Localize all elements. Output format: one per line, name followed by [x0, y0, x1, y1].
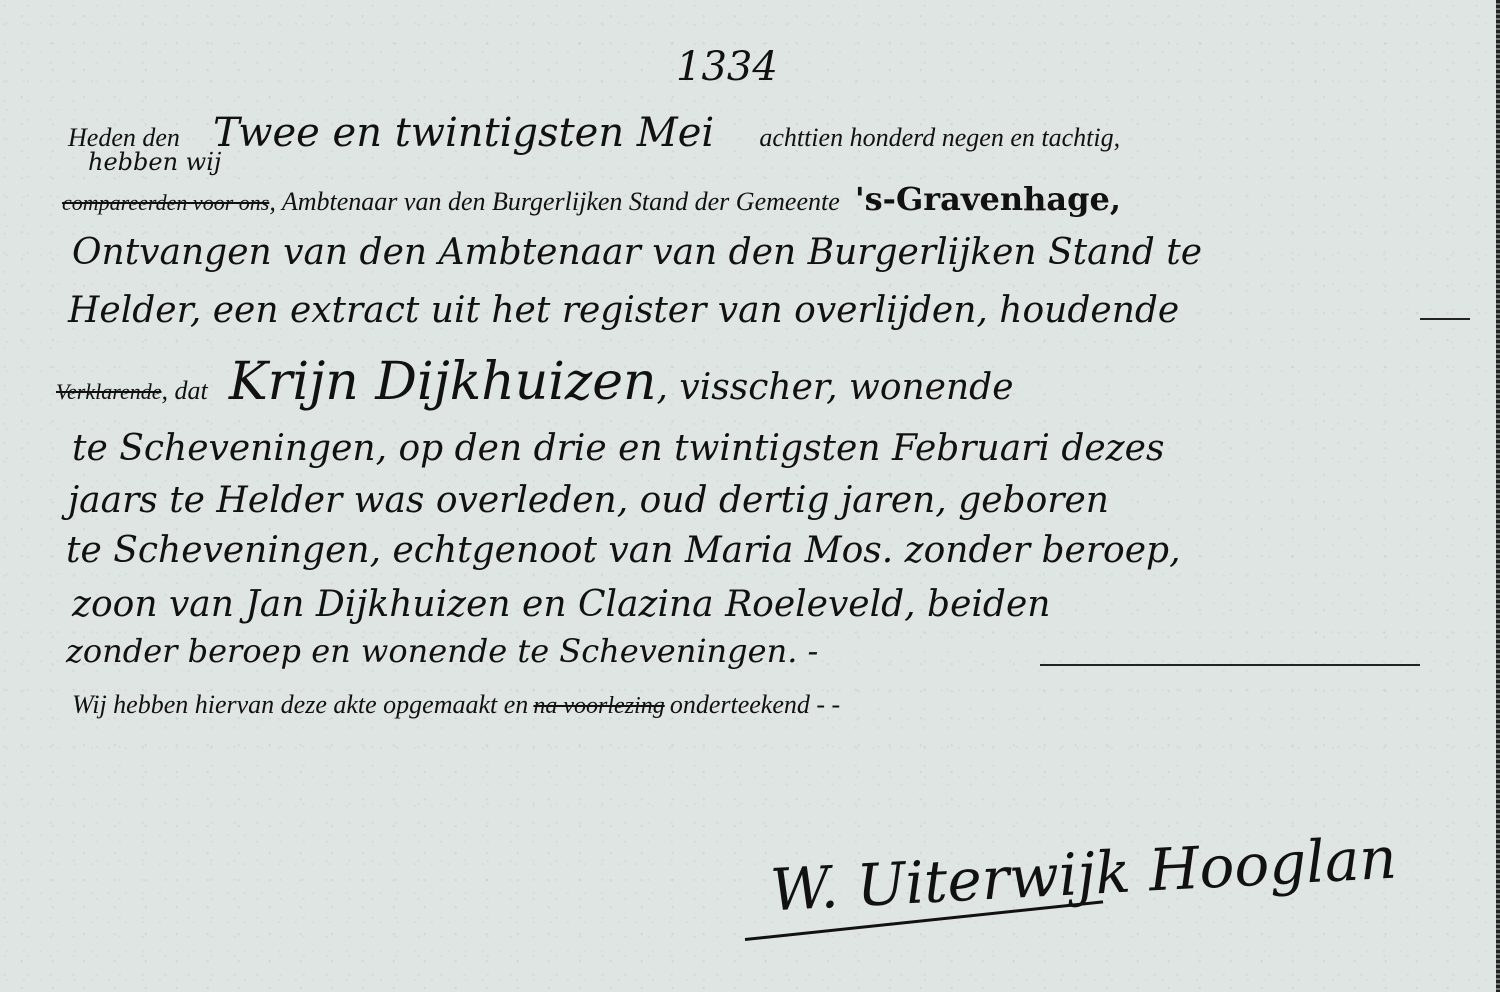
- line-7-text: te Scheveningen, op den drie en twintigs…: [72, 428, 1164, 469]
- insert-hebben-wij: hebben wij: [88, 148, 221, 176]
- scan-edge: [1496, 0, 1500, 992]
- document-scan: 1334 Heden den Twee en twintigsten Mei a…: [0, 0, 1500, 992]
- line-12: Wij hebben hiervan deze akte opgemaakt e…: [72, 690, 840, 720]
- line-1: Heden den Twee en twintigsten Mei achtti…: [68, 110, 1120, 156]
- gemeente-name: 's-Gravenhage,: [855, 180, 1121, 218]
- line-8: jaars te Helder was overleden, oud derti…: [68, 480, 1109, 521]
- occupation-residence: , visscher, wonende: [657, 367, 1014, 408]
- line-5: Helder, een extract uit het register van…: [68, 290, 1179, 331]
- record-number: 1334: [676, 44, 778, 90]
- deceased-name: Krijn Dijkhuizen: [229, 352, 657, 412]
- line-5-text: Helder, een extract uit het register van…: [68, 290, 1179, 331]
- line-4-text: Ontvangen van den Ambtenaar van den Burg…: [72, 232, 1202, 273]
- line-9: te Scheveningen, echtgenoot van Maria Mo…: [66, 530, 1181, 571]
- line-2-insert: hebben wij: [88, 148, 221, 176]
- handwritten-date: Twee en twintigsten Mei: [213, 110, 714, 156]
- printed-closing: Wij hebben hiervan deze akte opgemaakt e…: [72, 690, 528, 719]
- struck-voorlezing: na voorlezing: [533, 693, 664, 719]
- printed-dat: , dat: [161, 376, 207, 405]
- struck-compareerden: compareerden voor ons: [62, 190, 269, 215]
- line-8-text: jaars te Helder was overleden, oud derti…: [68, 480, 1109, 521]
- line-3: compareerden voor ons, Ambtenaar van den…: [62, 180, 1121, 218]
- line-4: Ontvangen van den Ambtenaar van den Burg…: [72, 232, 1202, 273]
- line-11: zonder beroep en wonende te Scheveningen…: [66, 632, 818, 670]
- line-10-text: zoon van Jan Dijkhuizen en Clazina Roele…: [72, 584, 1050, 625]
- line-6: Verklarende, dat Krijn Dijkhuizen, vissc…: [56, 352, 1014, 412]
- fill-line-11: [1040, 664, 1420, 666]
- line-11-text: zonder beroep en wonende te Scheveningen…: [66, 632, 818, 670]
- official-signature: W. Uiterwijk Hooglan: [769, 824, 1399, 925]
- line-10: zoon van Jan Dijkhuizen en Clazina Roele…: [72, 584, 1050, 625]
- struck-verklarende: Verklarende: [56, 379, 161, 404]
- fill-line-5: [1420, 318, 1470, 320]
- printed-ambtenaar: , Ambtenaar van den Burgerlijken Stand d…: [269, 187, 839, 216]
- printed-onderteekend: onderteekend - -: [670, 690, 840, 719]
- line-9-text: te Scheveningen, echtgenoot van Maria Mo…: [66, 530, 1181, 571]
- printed-year: achttien honderd negen en tachtig,: [759, 123, 1120, 152]
- line-7: te Scheveningen, op den drie en twintigs…: [72, 428, 1164, 469]
